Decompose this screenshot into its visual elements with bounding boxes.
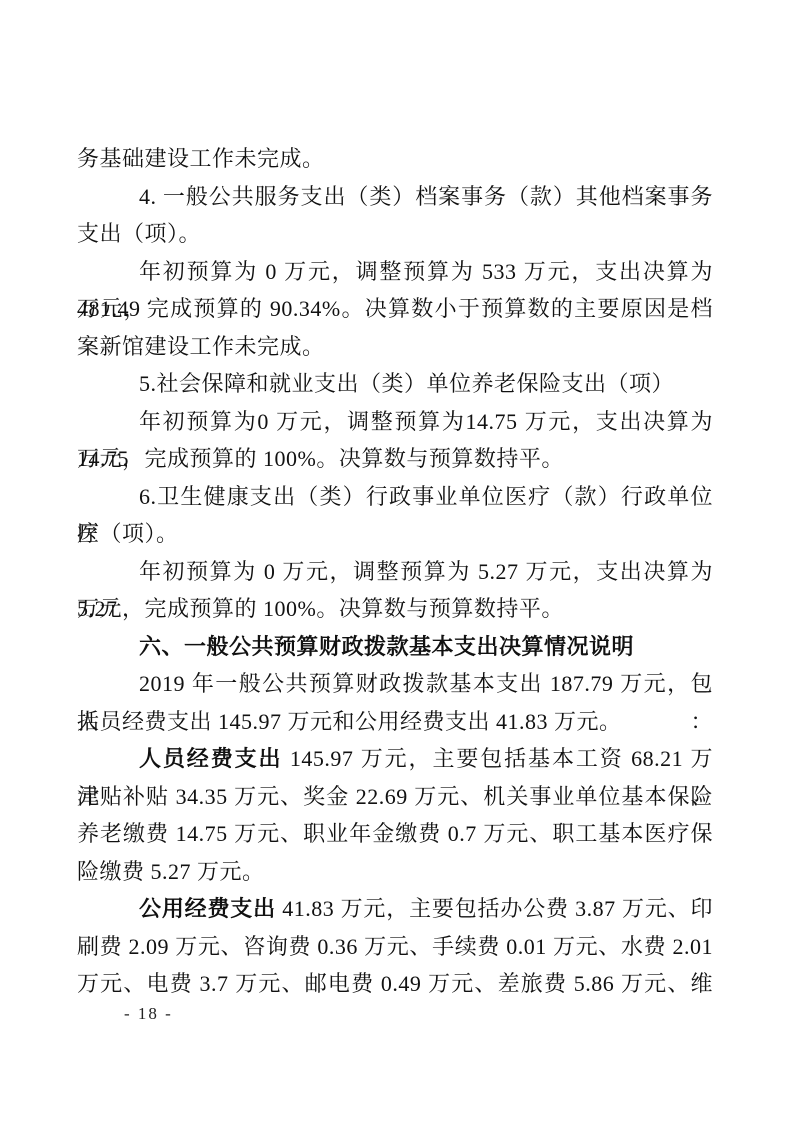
- text-line: 万元，完成预算的 100%。决算数与预算数持平。: [77, 590, 713, 628]
- bold-run: 公用经费支出: [139, 896, 276, 921]
- text-line: 案新馆建设工作未完成。: [77, 328, 713, 366]
- text-line: 年初预算为 0 万元，调整预算为 533 万元，支出决算为 481.49: [77, 253, 713, 291]
- page-number: - 18 -: [124, 1002, 173, 1026]
- text-run: 津贴补贴 34.35 万元、奖金 22.69 万元、机关事业单位基本保险: [77, 784, 713, 809]
- text-line: 4. 一般公共服务支出（类）档案事务（款）其他档案事务: [77, 178, 713, 216]
- text-run: 人员经费支出 145.97 万元和公用经费支出 41.83 万元。: [77, 709, 622, 734]
- text-run: 41.83 万元，主要包括办公费 3.87 万元、印: [276, 896, 713, 921]
- text-line: 险缴费 5.27 万元。: [77, 853, 713, 891]
- text-run: 案新馆建设工作未完成。: [77, 334, 325, 359]
- text-line: 刷费 2.09 万元、咨询费 0.36 万元、手续费 0.01 万元、水费 2.…: [77, 928, 713, 966]
- text-run: 万元、电费 3.7 万元、邮电费 0.49 万元、差旅费 5.86 万元、维: [77, 971, 713, 996]
- text-line: 万元，完成预算的 90.34%。决算数小于预算数的主要原因是档: [77, 290, 713, 328]
- text-run: 险缴费 5.27 万元。: [77, 859, 265, 884]
- text-line: 养老缴费 14.75 万元、职业年金缴费 0.7 万元、职工基本医疗保: [77, 815, 713, 853]
- text-line: 公用经费支出 41.83 万元，主要包括办公费 3.87 万元、印: [77, 890, 713, 928]
- text-run: 刷费 2.09 万元、咨询费 0.36 万元、手续费 0.01 万元、水费 2.…: [77, 934, 713, 959]
- text-line: 5.社会保障和就业支出（类）单位养老保险支出（项）: [77, 365, 713, 403]
- text-line: 6.卫生健康支出（类）行政事业单位医疗（款）行政单位医: [77, 478, 713, 516]
- text-run: 务基础建设工作未完成。: [77, 146, 325, 171]
- text-block: 务基础建设工作未完成。4. 一般公共服务支出（类）档案事务（款）其他档案事务支出…: [77, 140, 713, 1003]
- text-run: 万元，完成预算的 100%。决算数与预算数持平。: [77, 596, 564, 621]
- text-line: 年初预算为 0 万元，调整预算为 5.27 万元，支出决算为 5.27: [77, 553, 713, 591]
- text-line: 六、一般公共预算财政拨款基本支出决算情况说明: [77, 628, 713, 666]
- text-line: 疗（项）。: [77, 515, 713, 553]
- text-line: 人员经费支出 145.97 万元，主要包括基本工资 68.21 万元、: [77, 740, 713, 778]
- bold-run: 六、一般公共预算财政拨款基本支出决算情况说明: [139, 634, 634, 659]
- document-page: 务基础建设工作未完成。4. 一般公共服务支出（类）档案事务（款）其他档案事务支出…: [0, 0, 793, 1122]
- text-run: 万元，完成预算的 100%。决算数与预算数持平。: [77, 446, 564, 471]
- text-line: 支出（项）。: [77, 215, 713, 253]
- text-line: 务基础建设工作未完成。: [77, 140, 713, 178]
- text-run: 5.社会保障和就业支出（类）单位养老保险支出（项）: [139, 371, 674, 396]
- text-line: 2019 年一般公共预算财政拨款基本支出 187.79 万元，包括：: [77, 665, 713, 703]
- bold-run: 人员经费支出: [139, 746, 282, 771]
- text-line: 万元，完成预算的 100%。决算数与预算数持平。: [77, 440, 713, 478]
- text-line: 津贴补贴 34.35 万元、奖金 22.69 万元、机关事业单位基本保险: [77, 778, 713, 816]
- text-run: 养老缴费 14.75 万元、职业年金缴费 0.7 万元、职工基本医疗保: [77, 821, 713, 846]
- text-run: 支出（项）。: [77, 221, 201, 246]
- text-run: 4. 一般公共服务支出（类）档案事务（款）其他档案事务: [139, 184, 713, 209]
- text-line: 人员经费支出 145.97 万元和公用经费支出 41.83 万元。: [77, 703, 713, 741]
- text-run: 疗（项）。: [77, 521, 179, 546]
- text-line: 万元、电费 3.7 万元、邮电费 0.49 万元、差旅费 5.86 万元、维: [77, 965, 713, 1003]
- text-run: 万元，完成预算的 90.34%。决算数小于预算数的主要原因是档: [77, 296, 713, 321]
- text-line: 年初预算为0 万元，调整预算为14.75 万元，支出决算为14.75: [77, 403, 713, 441]
